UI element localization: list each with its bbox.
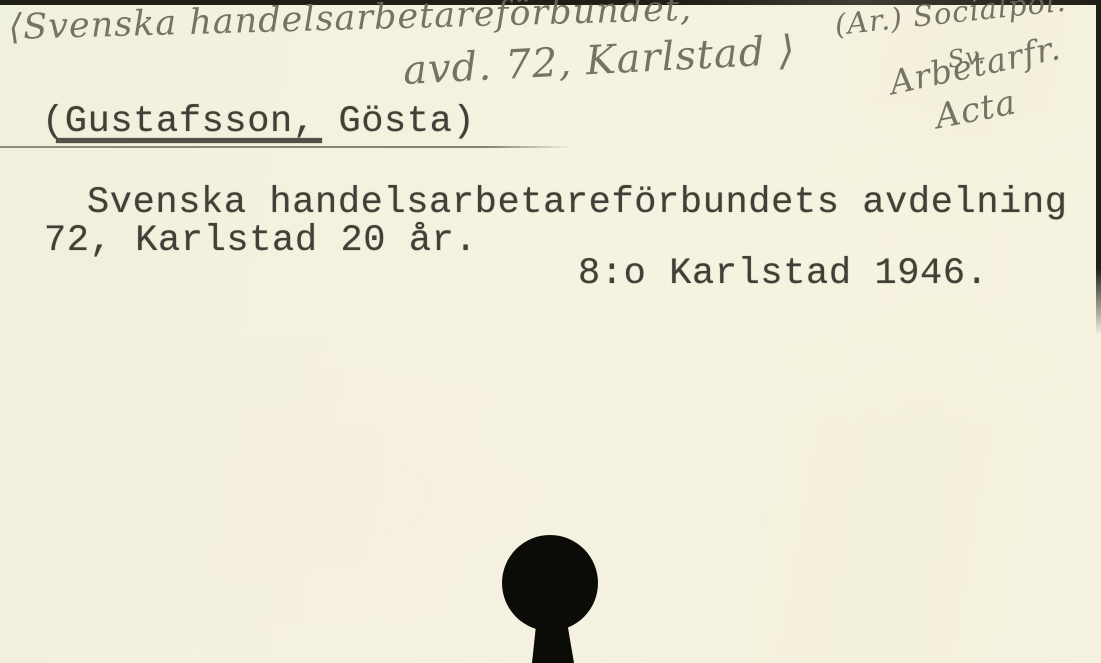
handwritten-title-line2: avd. 72, Karlstad ⟩: [402, 27, 797, 93]
imprint-line: 8:o Karlstad 1946.: [578, 253, 988, 295]
heading-rule-line: [0, 146, 572, 148]
punch-hole-keyhole: [470, 520, 631, 663]
catalog-card: ⟨Svenska handelsarbetareförbundet, avd. …: [0, 0, 1101, 663]
title-body-line2: 72, Karlstad 20 år.: [44, 220, 477, 262]
author-underline: [56, 138, 322, 143]
typed-author-heading: (Gustafsson, Gösta): [42, 101, 475, 143]
title-body-line1: Svenska handelsarbetareförbundets avdeln…: [87, 182, 1068, 224]
card-right-edge-shadow: [1096, 0, 1101, 335]
